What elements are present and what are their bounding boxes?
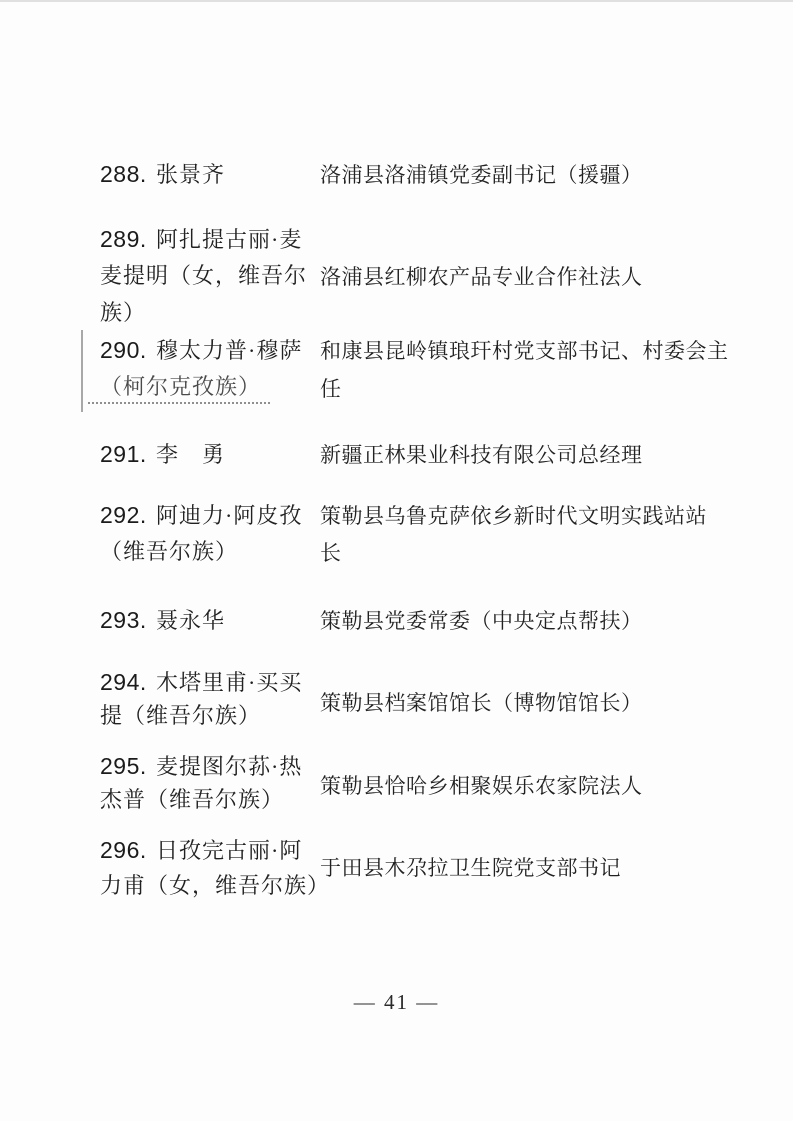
- entry-number: 294.: [100, 668, 156, 696]
- entry-name-line: 289.阿扎提古丽·麦: [100, 225, 302, 254]
- entry-name-line: 族）: [100, 299, 146, 327]
- entry-name-line: 292.阿迪力·阿皮孜: [100, 501, 302, 530]
- entry-name: 木塔里甫·买买: [156, 670, 302, 695]
- entry-number: 292.: [100, 501, 156, 529]
- entry-name: 聂永华: [156, 608, 225, 633]
- entry-name: 李 勇: [156, 442, 225, 467]
- entry-name: 阿扎提古丽·麦: [156, 227, 302, 252]
- entry-name: 阿迪力·阿皮孜: [156, 503, 302, 528]
- entry-number: 293.: [100, 606, 156, 634]
- entry-position-line: 策勒县乌鲁克萨依乡新时代文明实践站站: [320, 502, 707, 530]
- entry-name: 张景齐: [156, 162, 225, 187]
- page-number: — 41 —: [0, 990, 793, 1015]
- entry-name-line: 290.穆太力普·穆萨: [100, 336, 302, 365]
- entry-position-line: 洛浦县红柳农产品专业合作社法人: [320, 263, 643, 291]
- entry-number: 288.: [100, 160, 156, 188]
- entry-number: 295.: [100, 752, 156, 780]
- entry-name-line: 杰普（维吾尔族）: [100, 786, 284, 814]
- entry-position-line: 策勒县恰哈乡相聚娱乐农家院法人: [320, 772, 643, 800]
- entry-position-line: 新疆正林果业科技有限公司总经理: [320, 441, 643, 469]
- entry-name-line: （维吾尔族）: [100, 538, 238, 566]
- pencil-underline: [88, 402, 270, 404]
- entry-position-line: 和康县昆岭镇琅玕村党支部书记、村委会主: [320, 337, 729, 365]
- entry-name-line: 291.李 勇: [100, 440, 225, 469]
- entry-position-line: 策勒县档案馆馆长（博物馆馆长）: [320, 689, 643, 717]
- margin-revision-bar: [81, 330, 83, 412]
- entry-name-line: 288.张景齐: [100, 160, 225, 189]
- entry-name-line: 294.木塔里甫·买买: [100, 668, 302, 697]
- entry-name: 日孜完古丽·阿: [156, 838, 302, 863]
- entry-name-line: 力甫（女，维吾尔族）: [100, 872, 330, 900]
- entry-name: 麦提图尔荪·热: [156, 754, 302, 779]
- entry-name-line: 提（维吾尔族）: [100, 702, 261, 730]
- entry-name-line: 293.聂永华: [100, 606, 225, 635]
- entry-position-line: 洛浦县洛浦镇党委副书记（援疆）: [320, 161, 643, 189]
- entry-number: 290.: [100, 336, 156, 364]
- entry-name-line: 麦提明（女，维吾尔: [100, 262, 307, 290]
- entry-position-line: 策勒县党委常委（中央定点帮扶）: [320, 607, 643, 635]
- entry-name-line: 295.麦提图尔荪·热: [100, 752, 302, 781]
- entry-number: 289.: [100, 225, 156, 253]
- entry-position-line: 于田县木尕拉卫生院党支部书记: [320, 854, 621, 882]
- document-page: 288.张景齐 洛浦县洛浦镇党委副书记（援疆） 289.阿扎提古丽·麦 麦提明（…: [0, 0, 793, 1121]
- entry-number: 296.: [100, 836, 156, 864]
- entry-number: 291.: [100, 440, 156, 468]
- scan-artifact-top-edge: [0, 0, 793, 2]
- entry-position-line: 任: [320, 375, 342, 403]
- entry-position-line: 长: [320, 539, 342, 567]
- entry-name-line-annotated: （柯尔克孜族）: [100, 373, 261, 401]
- entry-name-line: 296.日孜完古丽·阿: [100, 836, 302, 865]
- entry-name: 穆太力普·穆萨: [156, 338, 302, 363]
